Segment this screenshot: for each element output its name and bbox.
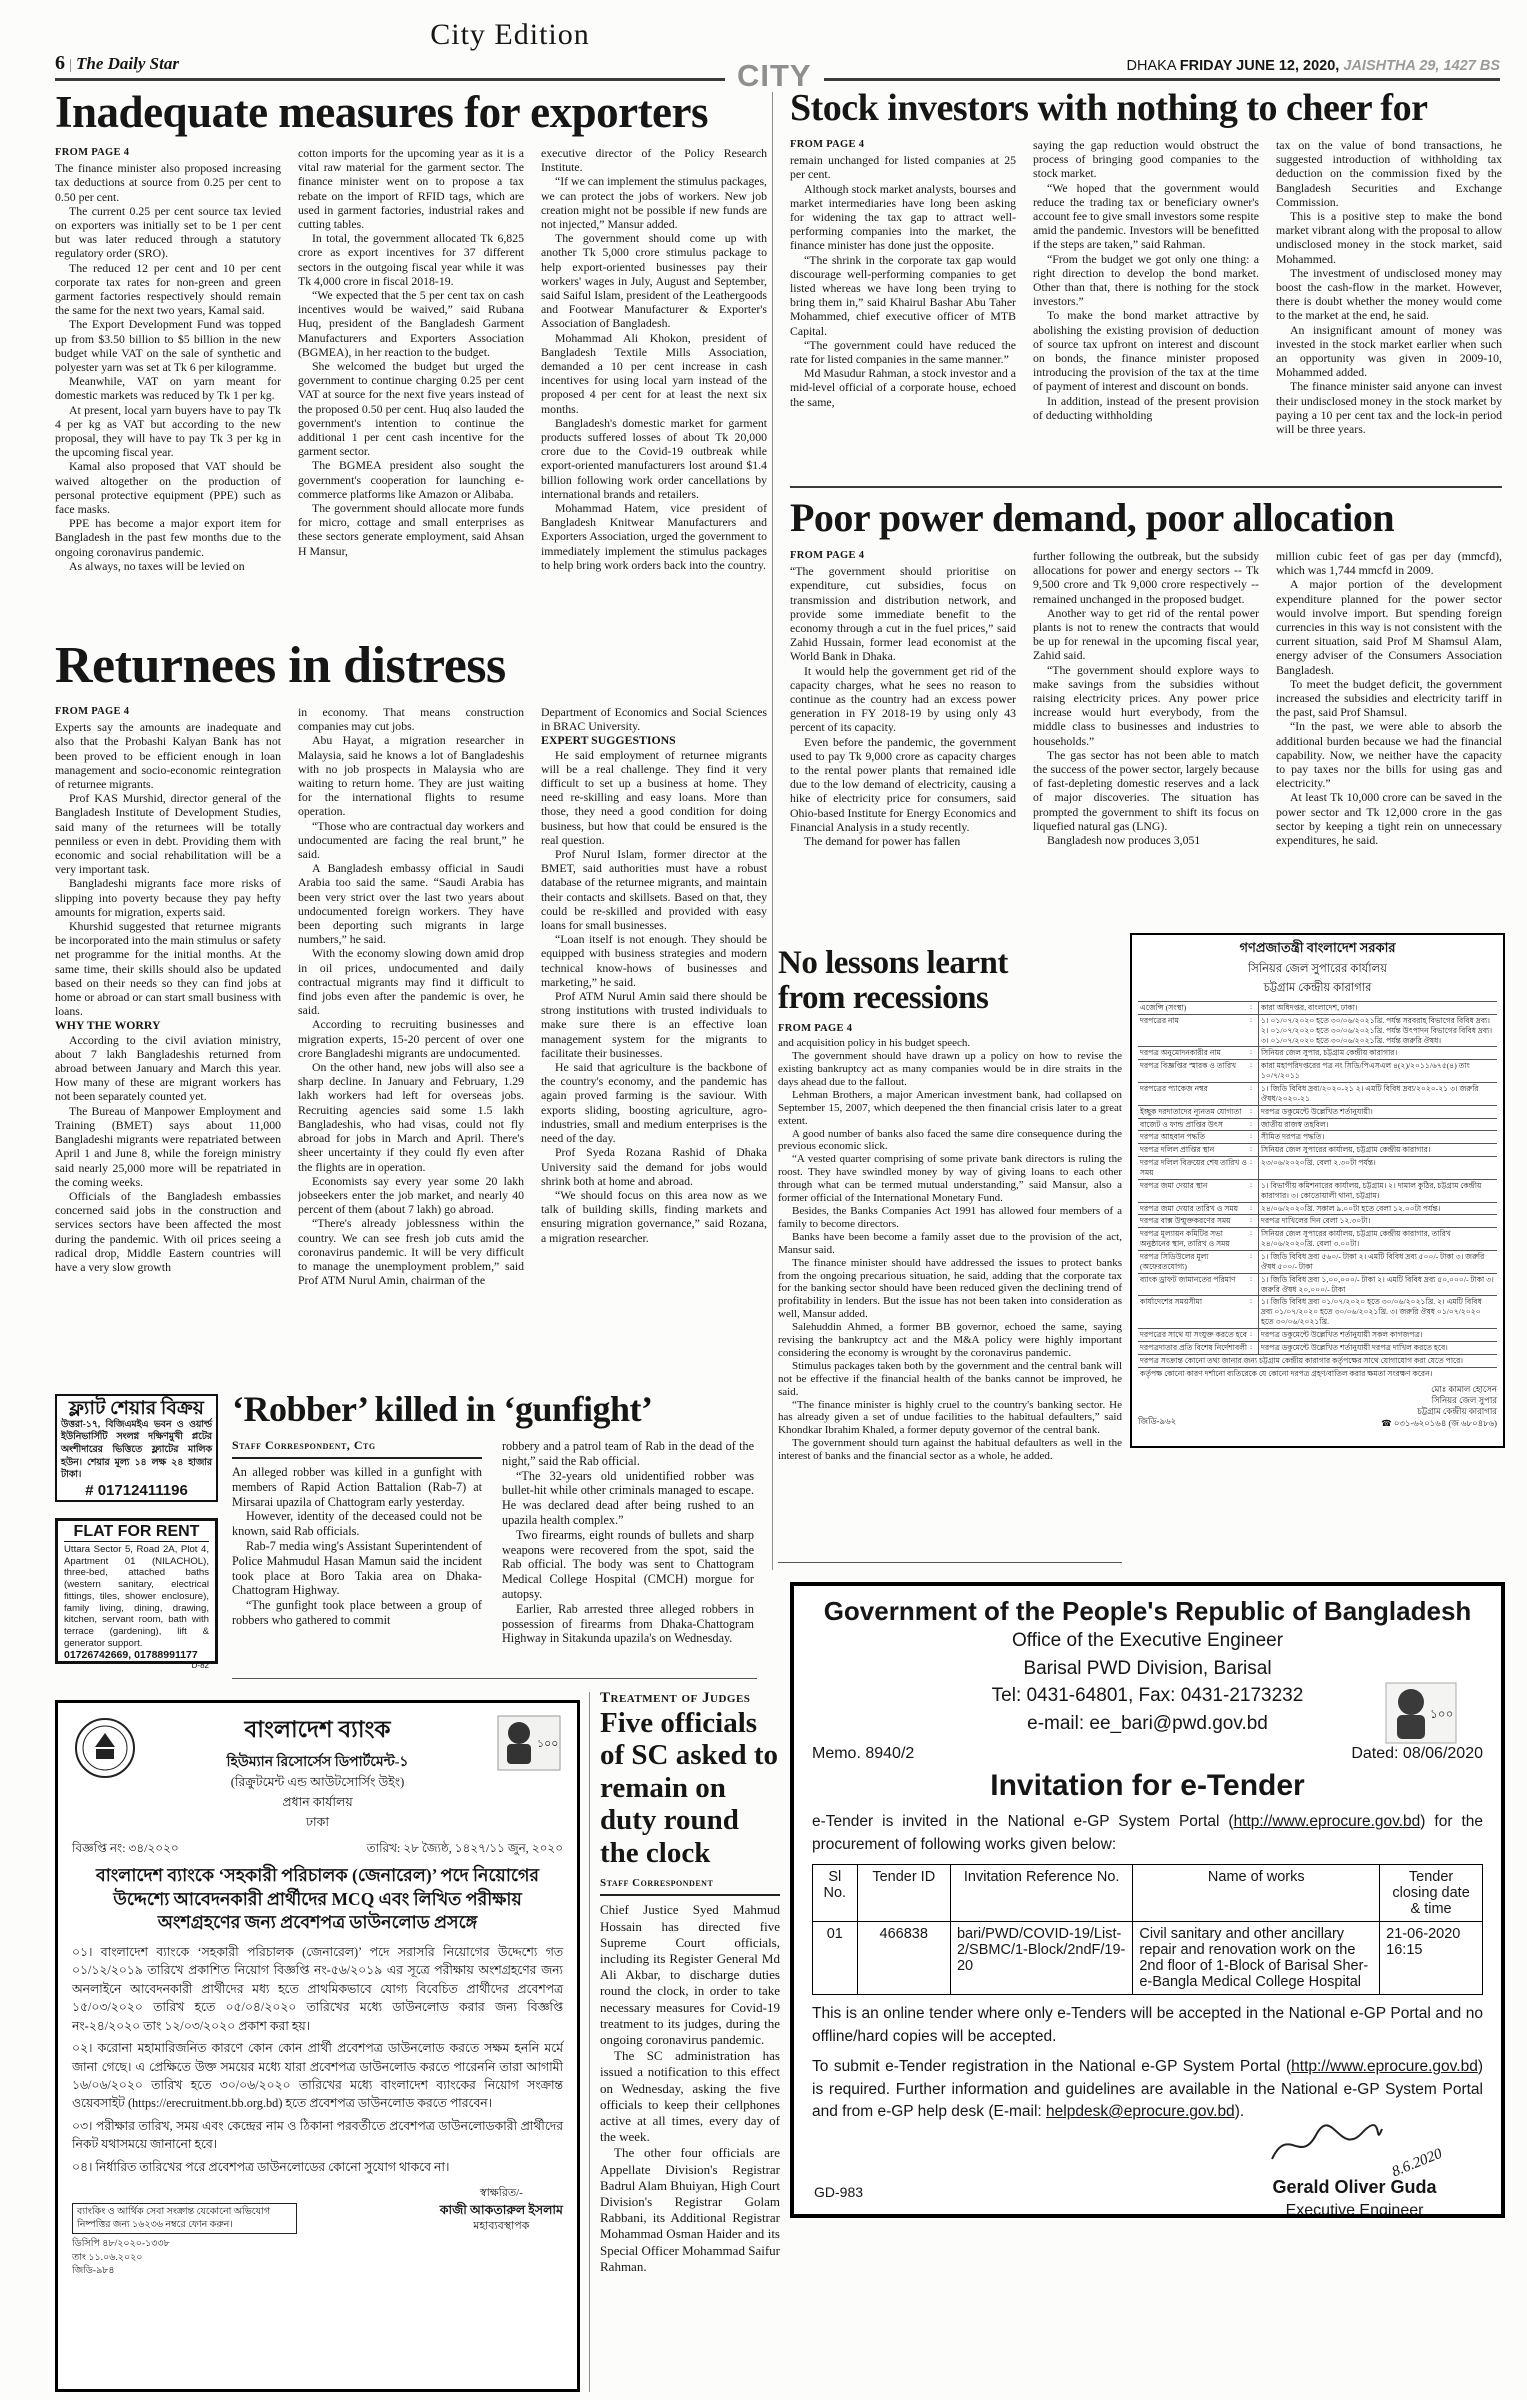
article-exporters-col1-text: The finance minister also proposed incre… <box>55 161 281 573</box>
signature-scribble <box>1266 2123 1386 2167</box>
tender-office: Office of the Executive Engineer <box>812 1627 1483 1655</box>
flat-share-body: উত্তরা-১৭, বিজিএমইএ ভবন ও ওয়ার্ল্ড ইউনি… <box>61 1419 212 1482</box>
jail-table-row: এজেন্সি (সংস্থা):কারা অধিদপ্তর, বাংলাদেশ… <box>1138 1001 1497 1014</box>
jail-notice-office: সিনিয়র জেল সুপারের কার্যালয় <box>1138 960 1497 979</box>
bb-city: ঢাকা <box>72 1814 563 1834</box>
tender-dated: Dated: 08/06/2020 <box>1351 1745 1483 1763</box>
article-sc-byline: Staff Correspondent <box>600 1877 713 1889</box>
from-page-label: FROM PAGE 4 <box>55 146 281 160</box>
article-power-col1-text: “The government should prioritise on exp… <box>790 564 1016 848</box>
phone-icon: ☎ <box>1381 1418 1392 1428</box>
article-sc: Treatment of Judges Five officials of SC… <box>600 1690 780 2400</box>
flat-share-title: ফ্ল্যাট শেয়ার বিক্রয় <box>61 1399 212 1419</box>
tender-table-cell: Tender closing date & time <box>1380 1865 1483 1922</box>
article-robber-col1: An alleged robber was killed in a gunfig… <box>232 1465 482 1680</box>
edition-label: City Edition <box>370 18 650 52</box>
jail-table-row: দরপত্র অনুমোদনকারীর নাম:সিনিয়র জেল সুপা… <box>1138 1046 1497 1059</box>
article-returnees: Returnees in distress FROM PAGE 4 Expert… <box>55 636 767 1373</box>
article-bottom-rule <box>778 1562 1122 1563</box>
mujib-100-logo: ১০০ <box>1385 1682 1457 1744</box>
daily-star-logo: The Daily Star <box>76 54 179 73</box>
bb-wing: (রিক্রুটমেন্ট এন্ড আউটসোর্সিং উইং) <box>72 1774 563 1794</box>
article-exporters: Inadequate measures for exporters FROM P… <box>55 86 767 638</box>
jail-notice-gov: গণপ্রজাতন্ত্রী বাংলাদেশ সরকার <box>1138 939 1497 960</box>
bb-date: তারিখ: ২৮ জ্যৈষ্ঠ, ১৪২৭/১১ জুন, ২০২০ <box>367 1840 563 1860</box>
jail-table-row: দরপত্র আহবান পদ্ধতি:সীমিত দরপত্র পদ্ধতি। <box>1138 1130 1497 1143</box>
jail-table-row: দরপত্র মূল্যায়ন কমিটির সভা অনুষ্ঠানের স… <box>1138 1227 1497 1250</box>
jail-notice-org: চট্টগ্রাম কেন্দ্রীয় কারাগার <box>1138 979 1497 998</box>
article-recessions-body: FROM PAGE 4 and acquisition policy in hi… <box>778 1023 1122 1543</box>
jail-notice-table: এজেন্সি (সংস্থা):কারা অধিদপ্তর, বাংলাদেশ… <box>1138 1001 1497 1354</box>
tender-table: Sl No.Tender IDInvitation Reference No.N… <box>812 1864 1483 1995</box>
flat-rent-phones: 01726742669, 01788991177 <box>64 1649 209 1661</box>
tender-table-cell: Name of works <box>1133 1865 1380 1922</box>
tender-division: Barisal PWD Division, Barisal <box>812 1655 1483 1683</box>
tender-registration-note: To submit e-Tender registration in the N… <box>812 2056 1483 2123</box>
article-robber-col2: robbery and a patrol team of Rab in the … <box>502 1439 754 1654</box>
tender-table-cell: Sl No. <box>813 1865 858 1922</box>
tender-phone: Tel: 0431-64801, Fax: 0431-2173232 <box>812 1682 1483 1710</box>
from-page-label: FROM PAGE 4 <box>790 138 1016 152</box>
bb-codes: ডিসিপি ৪৮/২০২০-১৩৩৮ তাং ১১.০৬.২০২০ জিডি-… <box>72 2238 563 2278</box>
article-robber-col1-text: An alleged robber was killed in a gunfig… <box>232 1465 482 1628</box>
article-divider-rule <box>790 486 1502 488</box>
article-returnees-headline: Returnees in distress <box>55 636 767 695</box>
byline-rule <box>600 1894 780 1896</box>
dateline-date: FRIDAY JUNE 12, 2020, <box>1180 58 1340 74</box>
bb-dept: হিউম্যান রিসোর্সেস ডিপার্টমেন্ট-১ <box>72 1750 563 1774</box>
article-exporters-col1: FROM PAGE 4 The finance minister also pr… <box>55 146 281 638</box>
article-exporters-col3: executive director of the Policy Researc… <box>541 146 767 638</box>
from-page-label: FROM PAGE 4 <box>778 1023 1122 1036</box>
article-robber-byline: Staff Correspondent, <box>232 1438 350 1452</box>
article-stock-col3-text: tax on the value of bond transactions, h… <box>1276 138 1502 436</box>
jail-table-row: দরপত্র বাক্স উন্মুক্তকরণের সময়:দরপত্র দ… <box>1138 1214 1497 1227</box>
jail-table-row: দরপত্র দলিল প্রাপ্তির স্থান:সিনিয়র জেল … <box>1138 1143 1497 1156</box>
article-robber: ‘Robber’ killed in ‘gunfight’ Staff Corr… <box>232 1388 757 1680</box>
article-recessions-headline: No lessons learntfrom recessions <box>778 946 1122 1015</box>
helpdesk-email: helpdesk@eprocure.gov.bd <box>1046 2103 1235 2120</box>
jail-table-row: দরপত্রের সাথে যা সংযুক্ত করতে হবে:দরপত্র… <box>1138 1328 1497 1341</box>
article-power-col1: FROM PAGE 4 “The government should prior… <box>790 549 1016 931</box>
article-sc-kicker: Treatment of Judges <box>600 1690 780 1707</box>
tender-intro: e-Tender is invited in the National e-GP… <box>812 1811 1483 1856</box>
jail-table-row: দরপত্র জমা দেয়ার তারিখ ও সময়:২৪/০৬/২০২… <box>1138 1202 1497 1215</box>
jail-table-row: দরপত্রের নাম:১। ০১/০৭/২০২০ হতে ৩০/০৬/২০২… <box>1138 1014 1497 1047</box>
tender-email: e-mail: ee_bari@pwd.gov.bd <box>812 1710 1483 1738</box>
article-robber-col2-text: robbery and a patrol team of Rab in the … <box>502 1439 754 1646</box>
article-stock-col2: saying the gap reduction would obstruct … <box>1033 138 1259 472</box>
jail-table-row: দরপত্রদাতার প্রতি বিশেষ নির্দেশাবলী:দরপত… <box>1138 1341 1497 1354</box>
mujib-100-logo: ১০০ <box>497 1715 561 1771</box>
flat-rent-code: D-82 <box>64 1661 209 1670</box>
article-returnees-col1: FROM PAGE 4 Experts say the amounts are … <box>55 705 281 1373</box>
article-sc-text: Chief Justice Syed Mahmud Hossain has di… <box>600 1902 780 2275</box>
dateline-city: DHAKA <box>1127 58 1176 74</box>
bb-head-office: প্রধান কার্যালয় <box>72 1794 563 1814</box>
article-stock-col1-text: remain unchanged for listed companies at… <box>790 153 1016 409</box>
tender-table-cell: 21-06-2020 16:15 <box>1380 1922 1483 1995</box>
bangladesh-bank-seal-icon <box>74 1717 136 1779</box>
from-page-label: FROM PAGE 4 <box>55 705 281 719</box>
jail-table-row: কার্যাদেশের সময়সীমা:১। জিডি বিবিধ দ্রব্… <box>1138 1295 1497 1328</box>
article-recessions-text: and acquisition policy in his budget spe… <box>778 1037 1122 1463</box>
jail-table-row: দরপত্র বিজ্ঞপ্তির স্মারক ও তারিখ:কারা মহ… <box>1138 1059 1497 1082</box>
jail-table-row: দরপত্র দলিল বিক্রয়ের শেষ তারিখ ও সময়:২… <box>1138 1156 1497 1179</box>
article-stock-col2-text: saying the gap reduction would obstruct … <box>1033 138 1259 422</box>
tender-table-row: 01466838bari/PWD/COVID-19/List-2/SBMC/1-… <box>813 1922 1483 1995</box>
jail-tender-notice: গণপ্রজাতন্ত্রী বাংলাদেশ সরকার সিনিয়র জে… <box>1130 933 1505 1448</box>
article-stock: Stock investors with nothing to cheer fo… <box>790 86 1502 472</box>
svg-text:১০০: ১০০ <box>537 1738 558 1750</box>
jail-notice-note2: কর্তৃপক্ষ কোনো কারণ দর্শানো ব্যতিরেকে যে… <box>1138 1367 1497 1380</box>
flat-rent-ad: FLAT FOR RENT Uttara Sector 5, Road 2A, … <box>55 1518 218 1664</box>
svg-text:১০০: ১০০ <box>1430 1707 1453 1721</box>
newspaper-page: City Edition 6|The Daily Star DHAKA FRID… <box>0 0 1527 2400</box>
tender-memo: Memo. 8940/2 <box>812 1745 914 1763</box>
masthead: 6|The Daily Star <box>55 52 179 75</box>
article-power-col2: further following the outbreak, but the … <box>1033 549 1259 931</box>
column-divider <box>589 1692 590 2392</box>
article-power-col3-text: million cubic feet of gas per day (mmcfd… <box>1276 549 1502 847</box>
tender-table-cell: bari/PWD/COVID-19/List-2/SBMC/1-Block/2n… <box>950 1922 1132 1995</box>
flat-share-ad: ফ্ল্যাট শেয়ার বিক্রয় উত্তরা-১৭, বিজিএম… <box>55 1394 218 1502</box>
article-sc-headline: Five officials of SC asked to remain on … <box>600 1707 780 1869</box>
tender-signature: 8.6.2020 Gerald Oliver Guda Executive En… <box>1266 2123 1443 2218</box>
article-bottom-rule <box>232 1678 757 1679</box>
bb-subject: বাংলাদেশ ব্যাংকে ‘সহকারী পরিচালক (জেনারে… <box>90 1864 545 1935</box>
article-exporters-col3-text: executive director of the Policy Researc… <box>541 146 767 572</box>
bangladesh-bank-notice: ১০০ বাংলাদেশ ব্যাংক হিউম্যান রিসোর্সেস ড… <box>55 1700 580 2392</box>
article-returnees-col2: in economy. That means construction comp… <box>298 705 524 1373</box>
article-returnees-col1-text: Experts say the amounts are inadequate a… <box>55 720 281 1274</box>
dateline-bangla-date: JAISHTHA 29, 1427 BS <box>1343 58 1500 74</box>
flat-rent-title: FLAT FOR RENT <box>64 1523 209 1542</box>
eprocure-url: http://www.eprocure.gov.bd <box>1234 1813 1421 1830</box>
bb-signature: স্বাক্ষরিত/- কাজী আকতারুল ইসলাম মহাব্যবস… <box>440 2186 563 2234</box>
tender-table-cell: Invitation Reference No. <box>950 1865 1132 1922</box>
jail-table-row: দরপত্র সিডিউলের মূল্য (অফেরতযোগ্য):১। জি… <box>1138 1250 1497 1273</box>
article-returnees-col3-text: Department of Economics and Social Scien… <box>541 705 767 1245</box>
jail-table-row: দরপত্রের প্যাকেজ নম্বর:১। জিডি বিবিধ দ্র… <box>1138 1082 1497 1105</box>
article-stock-headline: Stock investors with nothing to cheer fo… <box>790 86 1502 130</box>
tender-table-header: Sl No.Tender IDInvitation Reference No.N… <box>813 1865 1483 1922</box>
jail-table-row: বাজেট ও ফান্ড প্রাপ্তির উৎস:জাতীয় রাজস্… <box>1138 1118 1497 1131</box>
etender-notice: Government of the People's Republic of B… <box>790 1582 1505 2218</box>
article-returnees-col3: Department of Economics and Social Scien… <box>541 705 767 1373</box>
article-exporters-col2: cotton imports for the upcoming year as … <box>298 146 524 638</box>
tender-gd-code: GD-983 <box>814 2184 863 2200</box>
article-returnees-col2-text: in economy. That means construction comp… <box>298 705 524 1287</box>
tender-table-cell: Civil sanitary and other ancillary repai… <box>1133 1922 1380 1995</box>
flat-rent-body: Uttara Sector 5, Road 2A, Plot 4, Apartm… <box>64 1544 209 1649</box>
tender-table-cell: 466838 <box>857 1922 950 1995</box>
article-robber-headline: ‘Robber’ killed in ‘gunfight’ <box>232 1388 757 1430</box>
article-power-headline: Poor power demand, poor allocation <box>790 494 1502 541</box>
article-power: Poor power demand, poor allocation FROM … <box>790 494 1502 931</box>
tender-online-note: This is an online tender where only e-Te… <box>812 2003 1483 2048</box>
jail-table-row: ব্যাংক ড্রাফট জামানতের পরিমাণ:১। জিডি বি… <box>1138 1273 1497 1296</box>
tender-gov-title: Government of the People's Republic of B… <box>812 1596 1483 1627</box>
bb-note-box: ব্যাংকিং ও আর্থিক সেবা সংক্রান্ত যেকোনো … <box>72 2203 297 2235</box>
byline-rule <box>232 1457 482 1459</box>
dateline: DHAKA FRIDAY JUNE 12, 2020, JAISHTHA 29,… <box>980 58 1500 74</box>
from-page-label: FROM PAGE 4 <box>790 549 1016 563</box>
jail-notice-note1: দরপত্র সংক্রান্ত কোনো তথ্য জানার জন্য চট… <box>1138 1354 1497 1367</box>
article-recessions: No lessons learntfrom recessions FROM PA… <box>778 946 1122 1543</box>
bb-notice-no: বিজ্ঞপ্তি নং: ৩৪/২০২০ <box>72 1840 179 1860</box>
bb-title: বাংলাদেশ ব্যাংক <box>72 1711 563 1750</box>
eprocure-url: http://www.eprocure.gov.bd <box>1291 2058 1478 2075</box>
tender-table-cell: Tender ID <box>857 1865 950 1922</box>
page-number: 6 <box>55 52 65 74</box>
article-exporters-col2-text: cotton imports for the upcoming year as … <box>298 146 524 558</box>
article-stock-col1: FROM PAGE 4 remain unchanged for listed … <box>790 138 1016 472</box>
article-stock-col3: tax on the value of bond transactions, h… <box>1276 138 1502 472</box>
tender-invitation-title: Invitation for e-Tender <box>812 1769 1483 1803</box>
flat-share-phone: # 01712411196 <box>61 1482 212 1499</box>
tender-table-cell: 01 <box>813 1922 858 1995</box>
article-power-col2-text: further following the outbreak, but the … <box>1033 549 1259 847</box>
bb-body: ০১। বাংলাদেশ ব্যাংকে ‘সহকারী পরিচালক (জে… <box>72 1943 563 2176</box>
jail-table-row: ইচ্ছুক দরদাতাদের ন্যূনতম যোগ্যতা:দরপত্র … <box>1138 1105 1497 1118</box>
column-divider <box>772 92 773 1570</box>
jail-table-row: দরপত্র জমা দেয়ার স্থান:১। বিভাগীয় কমিশ… <box>1138 1179 1497 1202</box>
article-exporters-headline: Inadequate measures for exporters <box>55 86 767 138</box>
article-power-col3: million cubic feet of gas per day (mmcfd… <box>1276 549 1502 931</box>
article-sc-body: Chief Justice Syed Mahmud Hossain has di… <box>600 1902 780 2400</box>
